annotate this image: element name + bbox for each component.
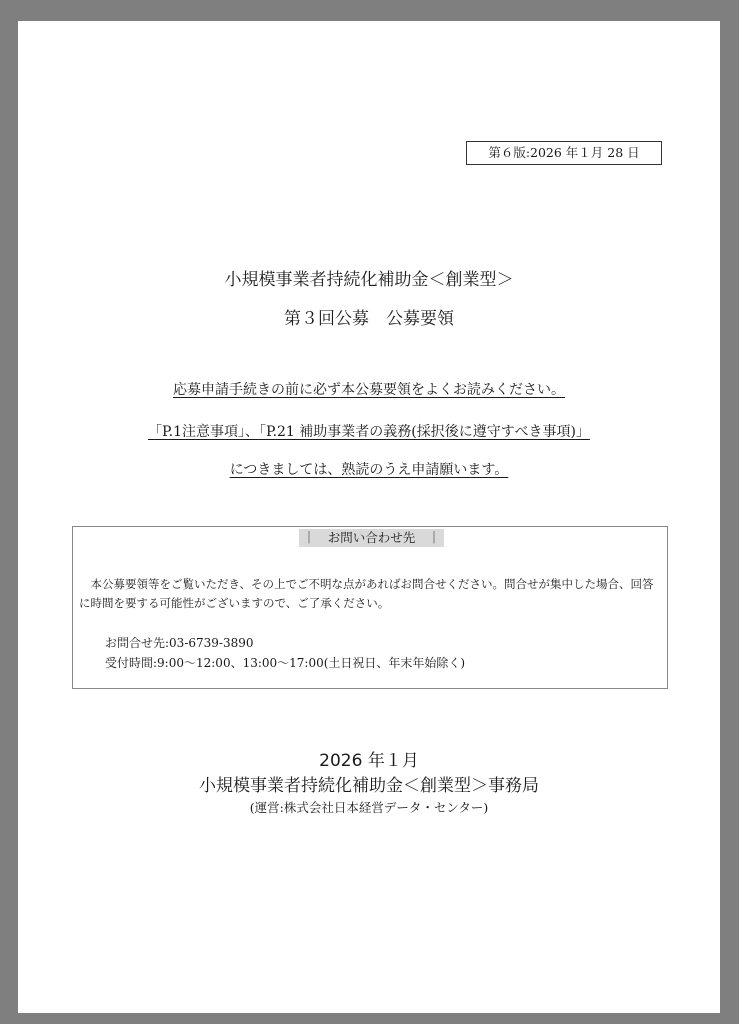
footer-date: 2026 年１月 bbox=[18, 746, 720, 771]
notice-line-1: 応募申請手続きの前に必ず本公募要領をよくお読みください。 bbox=[18, 379, 720, 399]
contact-description: 本公募要領等をご覧いただき、その上でご不明な点があればお問合せください。問合せが… bbox=[79, 575, 659, 613]
contact-box: ｜ お問い合わせ先 ｜ 本公募要領等をご覧いただき、その上でご不明な点があればお… bbox=[72, 526, 668, 689]
contact-phone: お問合せ先:03-6739-3890 bbox=[105, 633, 465, 653]
contact-heading: ｜ お問い合わせ先 ｜ bbox=[299, 529, 444, 547]
document-subtitle: 第３回公募 公募要領 bbox=[18, 304, 720, 329]
notice-line-3: につきましては、熟読のうえ申請願います。 bbox=[18, 459, 720, 479]
contact-hours: 受付時間:9:00～12:00、13:00～17:00(土日祝日、年末年始除く) bbox=[105, 653, 465, 673]
footer-office: 小規模事業者持続化補助金＜創業型＞事務局 bbox=[18, 771, 720, 796]
footer-operator: (運営:株式会社日本経営データ・センター) bbox=[18, 798, 720, 816]
document-page: 第６版:2026 年１月 28 日 小規模事業者持続化補助金＜創業型＞ 第３回公… bbox=[18, 21, 720, 1013]
document-title: 小規模事業者持続化補助金＜創業型＞ bbox=[18, 265, 720, 290]
notice-line-2: 「P.1注意事項」、「P.21 補助事業者の義務(採択後に遵守すべき事項)」 bbox=[18, 421, 720, 441]
contact-details: お問合せ先:03-6739-3890 受付時間:9:00～12:00、13:00… bbox=[105, 633, 465, 673]
version-label: 第６版:2026 年１月 28 日 bbox=[466, 141, 662, 165]
